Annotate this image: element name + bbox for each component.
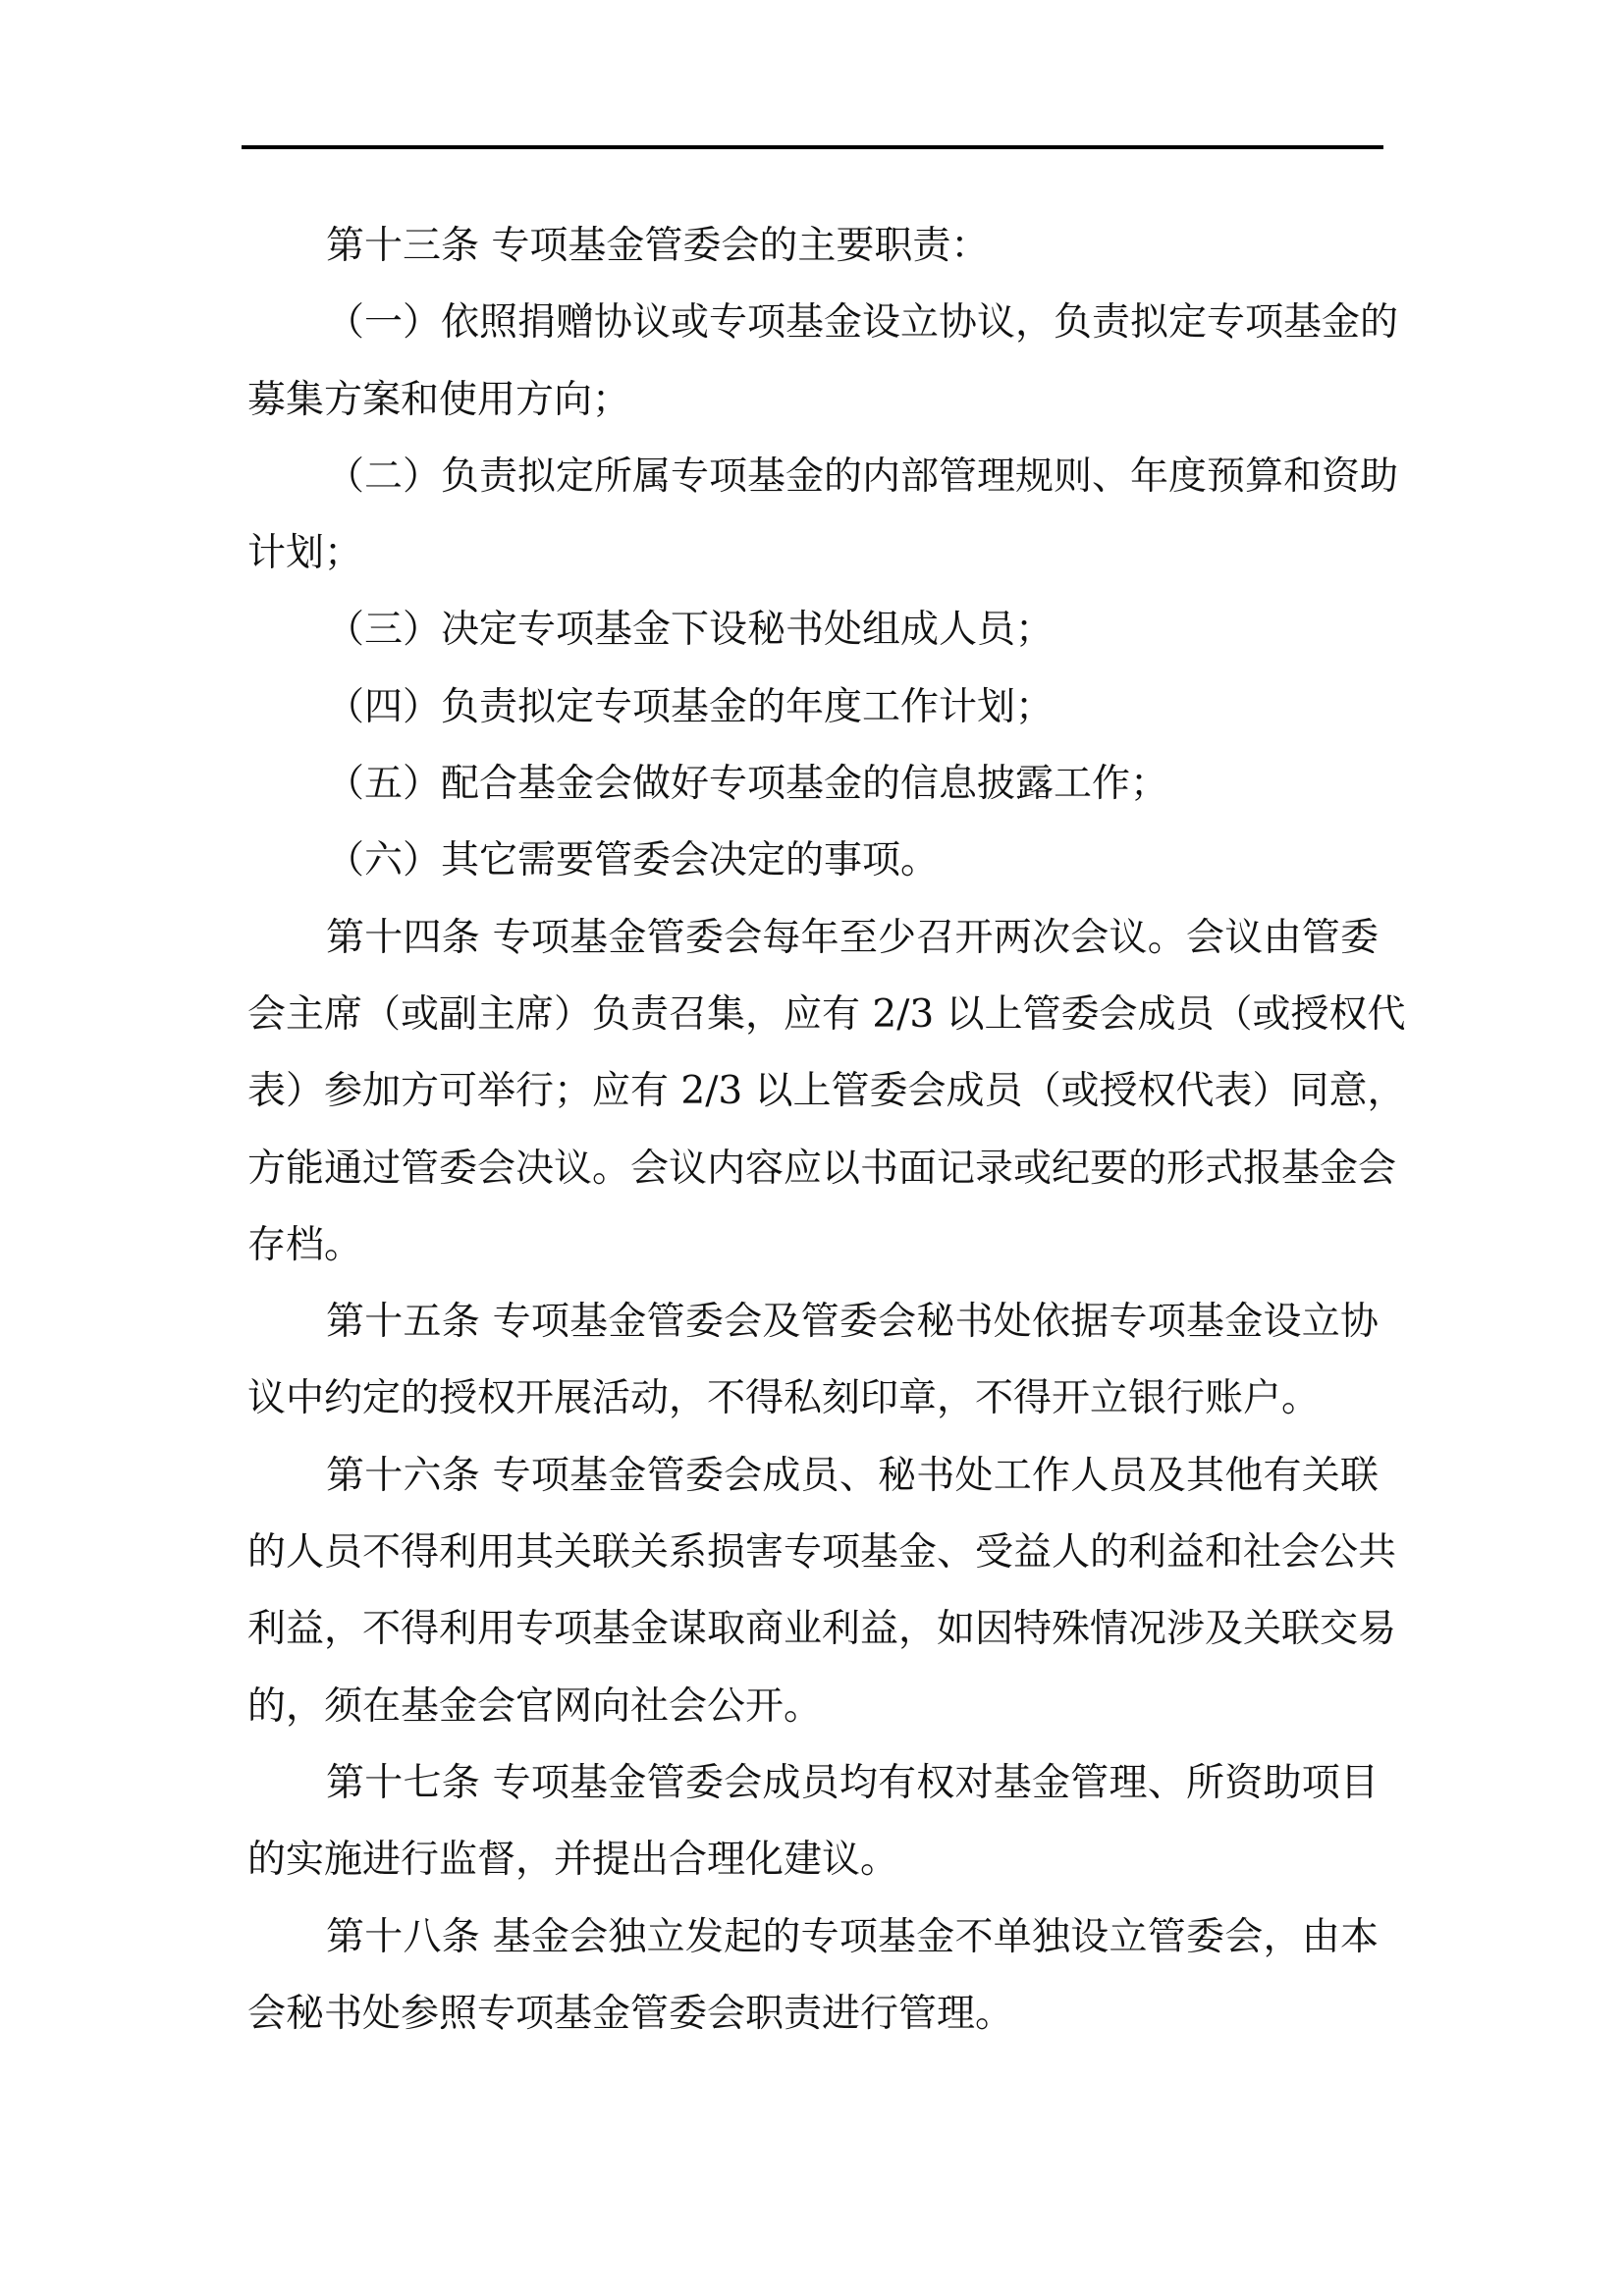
text-line: （五）配合基金会做好专项基金的信息披露工作； xyxy=(247,746,1379,823)
text-line: 表）参加方可举行；应有 2/3 以上管委会成员（或授权代表）同意， xyxy=(247,1053,1379,1130)
text-line: （二）负责拟定所属专项基金的内部管理规则、年度预算和资助 xyxy=(247,439,1379,515)
article-16: 第十六条 专项基金管委会成员、秘书处工作人员及其他有关联的人员不得利用其关联关系… xyxy=(247,1438,1379,1745)
text-line: 第十八条 基金会独立发起的专项基金不单独设立管委会，由本 xyxy=(247,1899,1379,1976)
article-18: 第十八条 基金会独立发起的专项基金不单独设立管委会，由本会秘书处参照专项基金管委… xyxy=(247,1899,1379,2054)
document-page: 第十三条 专项基金管委会的主要职责：（一）依照捐赠协议或专项基金设立协议，负责拟… xyxy=(0,0,1624,2296)
document-body: 第十三条 专项基金管委会的主要职责：（一）依照捐赠协议或专项基金设立协议，负责拟… xyxy=(247,208,1379,2053)
text-line: 利益，不得利用专项基金谋取商业利益，如因特殊情况涉及关联交易 xyxy=(247,1591,1379,1668)
article-17: 第十七条 专项基金管委会成员均有权对基金管理、所资助项目的实施进行监督，并提出合… xyxy=(247,1745,1379,1899)
header-rule xyxy=(242,145,1383,149)
text-line: 会秘书处参照专项基金管委会职责进行管理。 xyxy=(247,1976,1379,2053)
text-line: 第十五条 专项基金管委会及管委会秘书处依据专项基金设立协 xyxy=(247,1284,1379,1361)
text-line: 议中约定的授权开展活动，不得私刻印章，不得开立银行账户。 xyxy=(247,1361,1379,1437)
text-line: （三）决定专项基金下设秘书处组成人员； xyxy=(247,592,1379,668)
text-line: 第十三条 专项基金管委会的主要职责： xyxy=(247,208,1379,285)
text-line: 的人员不得利用其关联关系损害专项基金、受益人的利益和社会公共 xyxy=(247,1515,1379,1591)
text-line: （四）负责拟定专项基金的年度工作计划； xyxy=(247,669,1379,746)
text-line: 存档。 xyxy=(247,1207,1379,1284)
text-line: 第十六条 专项基金管委会成员、秘书处工作人员及其他有关联 xyxy=(247,1438,1379,1515)
text-line: 方能通过管委会决议。会议内容应以书面记录或纪要的形式报基金会 xyxy=(247,1131,1379,1207)
article-14: 第十四条 专项基金管委会每年至少召开两次会议。会议由管委会主席（或副主席）负责召… xyxy=(247,900,1379,1284)
text-line: 会主席（或副主席）负责召集，应有 2/3 以上管委会成员（或授权代 xyxy=(247,977,1379,1053)
text-line: 第十四条 专项基金管委会每年至少召开两次会议。会议由管委 xyxy=(247,900,1379,977)
text-line: 计划； xyxy=(247,515,1379,592)
text-line: 的实施进行监督，并提出合理化建议。 xyxy=(247,1822,1379,1898)
text-line: （一）依照捐赠协议或专项基金设立协议，负责拟定专项基金的 xyxy=(247,285,1379,361)
text-line: 募集方案和使用方向； xyxy=(247,362,1379,439)
text-line: 第十七条 专项基金管委会成员均有权对基金管理、所资助项目 xyxy=(247,1745,1379,1822)
text-line: 的，须在基金会官网向社会公开。 xyxy=(247,1669,1379,1745)
article-15: 第十五条 专项基金管委会及管委会秘书处依据专项基金设立协议中约定的授权开展活动，… xyxy=(247,1284,1379,1438)
text-line: （六）其它需要管委会决定的事项。 xyxy=(247,823,1379,899)
article-13: 第十三条 专项基金管委会的主要职责：（一）依照捐赠协议或专项基金设立协议，负责拟… xyxy=(247,208,1379,900)
